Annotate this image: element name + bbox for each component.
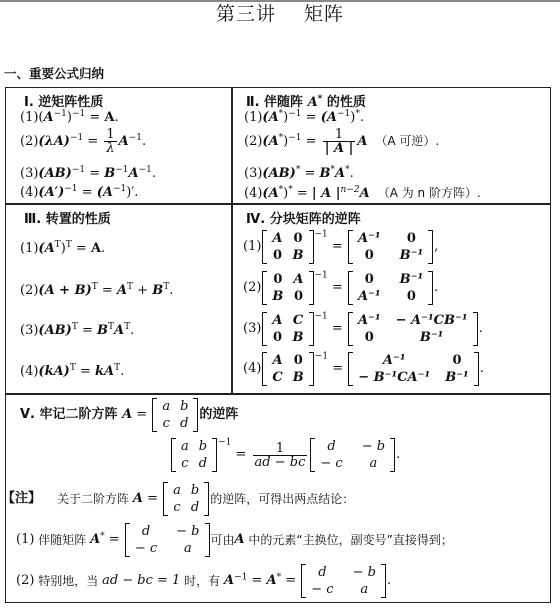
matrix: A0CB (262, 352, 313, 386)
box3-formula-3: (3)(AB)T = BTAT. (20, 323, 134, 339)
matrix: d− b− ca (125, 523, 210, 557)
matrix: A⁻¹− A⁻¹CB⁻¹0B⁻¹ (348, 312, 478, 346)
matrix: abcd (163, 482, 209, 516)
box4-formula-4: (4)A0CB−1 = A⁻¹0− B⁻¹CA⁻¹B⁻¹. (243, 352, 484, 386)
box-2x2-inverse: Ⅴ. 牢记二阶方阵 A = abcd的逆阵 abcd−1 = 1ad − bcd… (6, 394, 550, 602)
matrix: abcd (152, 398, 198, 432)
box1-formula-2: (2)(λA)−1 = 1λA−1. (20, 128, 146, 155)
box2-formula-1: (1)(A*)−1 = (A−1)*. (244, 110, 364, 126)
box3-formula-4: (4)(kA)T = kAT. (20, 364, 124, 380)
note-item-2: (2) 特别地，当 ad − bc = 1 时，有 A−1 = A* = d− … (16, 564, 391, 598)
box1-heading: Ⅰ. 逆矩阵性质 (24, 91, 103, 110)
box3-formula-2: (2)(A + B)T = AT + BT. (20, 283, 173, 299)
note-tag: 【注】 (2, 491, 41, 506)
fraction: 1ad − bc (253, 442, 308, 469)
box4-formula-3: (3)AC0B−1 = A⁻¹− A⁻¹CB⁻¹0B⁻¹. (243, 312, 483, 346)
box4-heading: Ⅳ. 分块矩阵的逆阵 (246, 208, 361, 227)
box5-main-formula: abcd−1 = 1ad − bcd− b− ca. (170, 438, 400, 472)
matrix: 0AB0 (262, 271, 313, 305)
title-lecture: 第三讲 (216, 3, 276, 25)
note-intro: 【注】关于二阶方阵 A = abcd的逆阵，可得出两点结论： (2, 482, 354, 516)
fraction: 1λ (104, 128, 116, 155)
box2-formula-2: (2)(A*)−1 = 1| A |A（A 可逆）. (244, 128, 439, 155)
box2-formula-4: (4)(A*)* = | A |n−2A（A 为 n 阶方阵）. (244, 185, 481, 202)
box-transpose-properties: Ⅲ. 转置的性质 (1)(AT)T = A. (2)(A + B)T = AT … (6, 204, 231, 393)
box3-formula-1: (1)(AT)T = A. (20, 241, 105, 257)
fraction: 1| A | (323, 128, 356, 155)
box-inverse-properties: Ⅰ. 逆矩阵性质 (1)(A−1)−1 = A. (2)(λA)−1 = 1λA… (6, 88, 231, 203)
box5-heading: Ⅴ. 牢记二阶方阵 A = abcd的逆阵 (20, 398, 238, 432)
matrix: A00B (262, 230, 313, 264)
box3-heading: Ⅲ. 转置的性质 (24, 208, 111, 227)
note-item-1: (1) 伴随矩阵 A* = d− b− ca可由A 中的元素“主换位，副变号”直… (16, 523, 453, 557)
box2-formula-3: (3)(AB)* = B*A*. (244, 166, 354, 182)
matrix: 0B⁻¹A⁻¹0 (348, 271, 433, 305)
box1-formula-1: (1)(A−1)−1 = A. (20, 110, 119, 126)
box4-formula-1: (1)A00B−1 = A⁻¹00B⁻¹, (243, 230, 438, 264)
page-title: 第三讲矩阵 (0, 0, 560, 26)
title-topic: 矩阵 (304, 3, 344, 25)
matrix: A⁻¹00B⁻¹ (348, 230, 433, 264)
box-block-matrix-inverse: Ⅳ. 分块矩阵的逆阵 (1)A00B−1 = A⁻¹00B⁻¹, (2)0AB0… (233, 204, 550, 393)
box2-heading: Ⅱ. 伴随阵 A* 的性质 (246, 91, 366, 110)
box-adjoint-properties: Ⅱ. 伴随阵 A* 的性质 (1)(A*)−1 = (A−1)*. (2)(A*… (233, 88, 550, 203)
matrix: A⁻¹0− B⁻¹CA⁻¹B⁻¹ (348, 352, 479, 386)
matrix: abcd (171, 438, 217, 472)
matrix: AC0B (262, 312, 313, 346)
box1-formula-3: (3)(AB)−1 = B−1A−1. (20, 166, 156, 182)
matrix: d− b− ca (301, 564, 386, 598)
box1-formula-4: (4)(A′)−1 = (A−1)′. (20, 185, 138, 201)
box4-formula-2: (2)0AB0−1 = 0B⁻¹A⁻¹0. (243, 271, 438, 305)
matrix: d− b− ca (310, 438, 395, 472)
section-heading: 一、重要公式归纳 (4, 64, 104, 82)
